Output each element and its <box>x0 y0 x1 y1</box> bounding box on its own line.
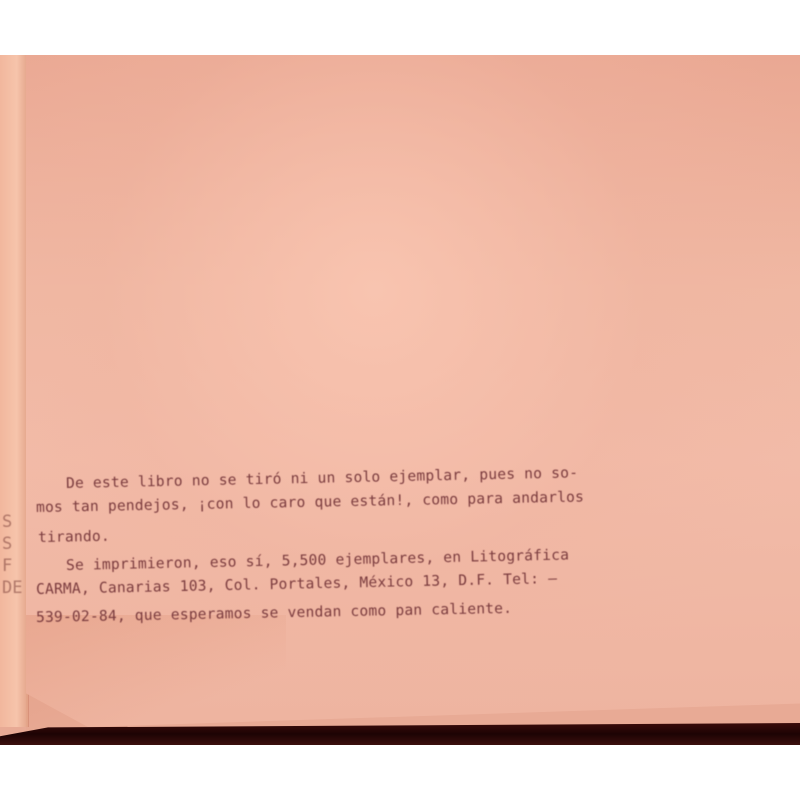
colophon-line: 539-02-84, que esperamos se vendan como … <box>36 600 513 626</box>
colophon-line: Se imprimieron, eso sí, 5,500 ejemplares… <box>66 546 569 574</box>
colophon-line: tirando. <box>38 528 110 546</box>
colophon-line: CARMA, Canarias 103, Col. Portales, Méxi… <box>36 570 557 598</box>
colophon-line: mos tan pendejos, ¡con lo caro que están… <box>36 488 584 516</box>
colophon-text: De este libro no se tiró ni un solo ejem… <box>0 55 800 745</box>
book-photo: S S F DE De este libro no se tiró ni un … <box>0 55 800 745</box>
colophon-line: De este libro no se tiró ni un solo ejem… <box>66 464 578 492</box>
